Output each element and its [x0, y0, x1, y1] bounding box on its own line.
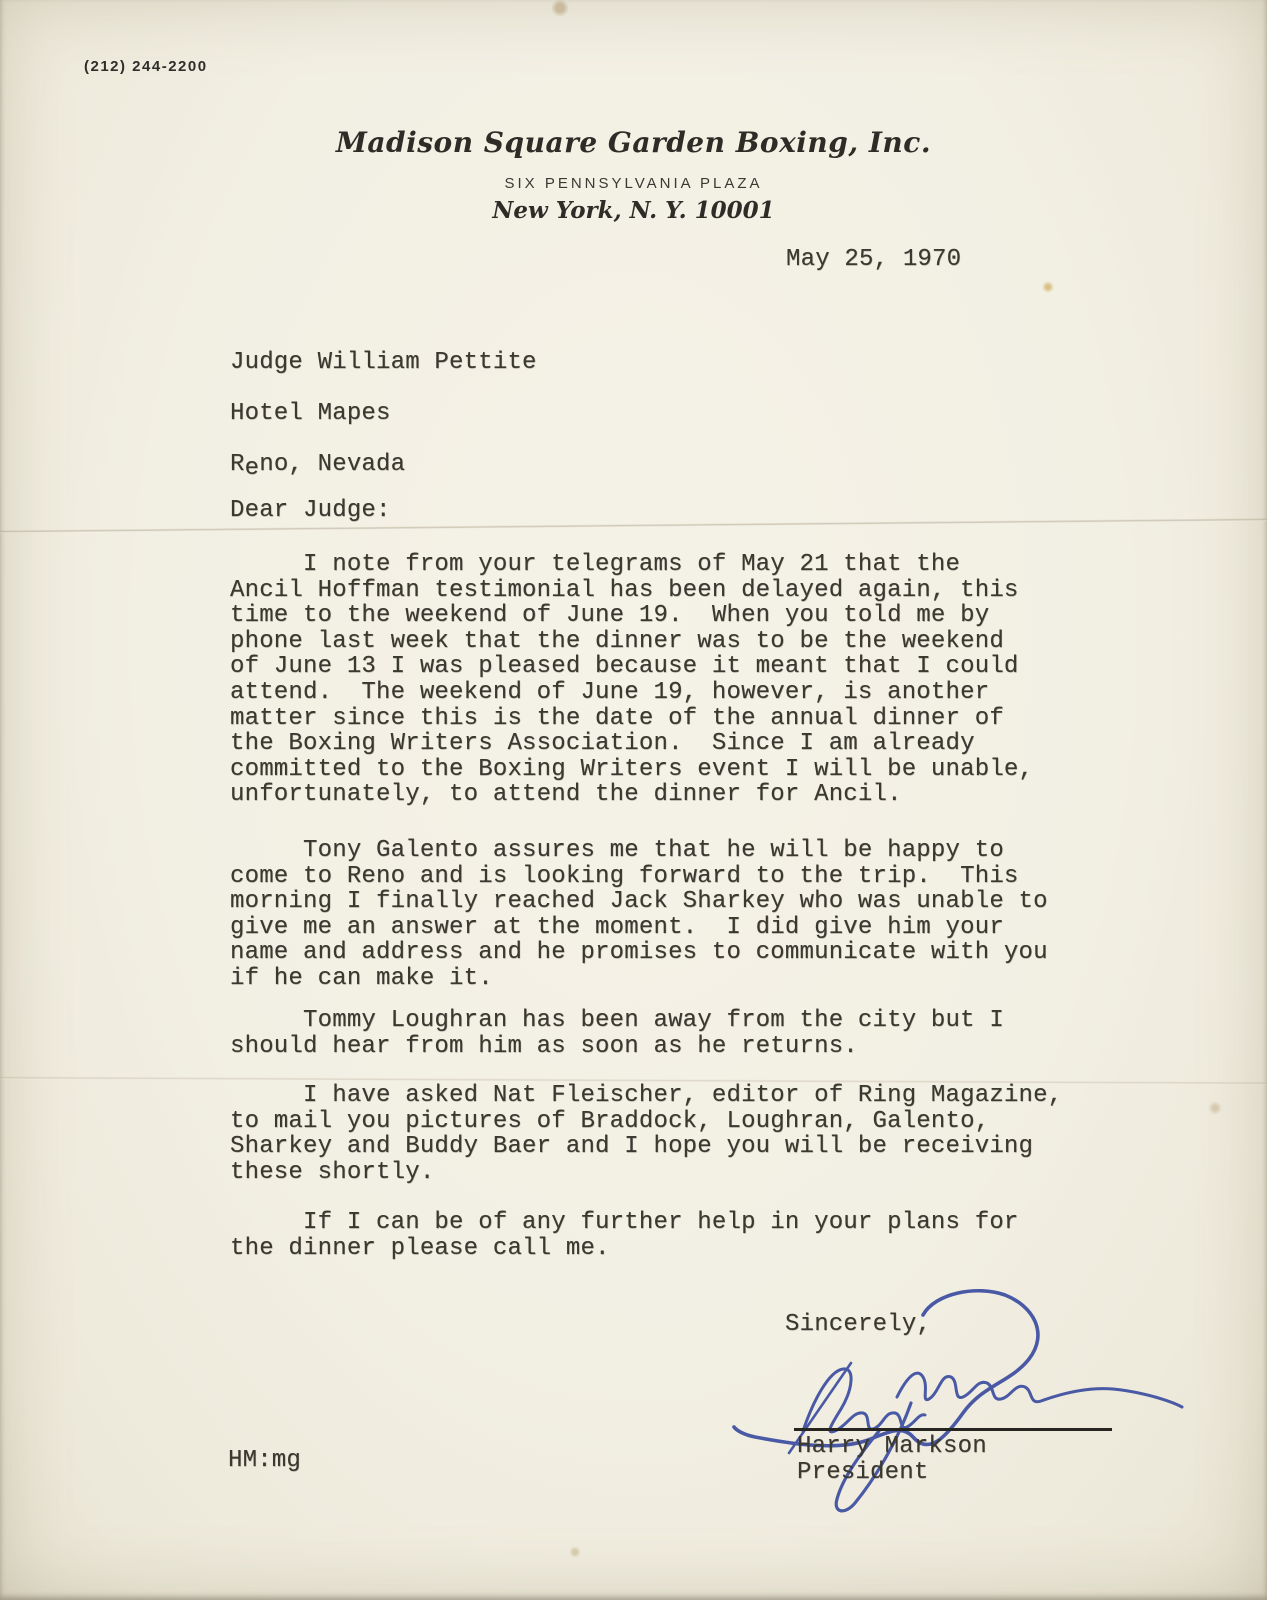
paragraph-3: Tommy Loughran has been away from the ci… — [230, 1008, 1004, 1059]
typist-initials: HM:mg — [228, 1448, 301, 1474]
signer-name: Harry Markson — [797, 1434, 987, 1460]
recipient-hotel: Hotel Mapes — [230, 400, 391, 427]
paper-fold-crease-top — [0, 518, 1267, 534]
paragraph-4: I have asked Nat Fleischer, editor of Ri… — [230, 1083, 1062, 1185]
recipient-block: Judge William Pettite Hotel Mapes Reno, … — [230, 350, 537, 478]
letterhead-city-line: New York, N. Y. 10001 — [0, 197, 1267, 224]
paragraph-5: If I can be of any further help in your … — [230, 1210, 1019, 1261]
signature-underline — [794, 1428, 1112, 1431]
paragraph-2: Tony Galento assures me that he will be … — [230, 838, 1048, 992]
date-line: May 25, 1970 — [786, 247, 961, 273]
letter-page: (212) 244-2200 Madison Square Garden Box… — [0, 0, 1267, 1600]
recipient-city: Reno, Nevada — [230, 451, 405, 482]
signer-title: President — [797, 1460, 928, 1486]
letterhead-street-address: SIX PENNSYLVANIA PLAZA — [0, 175, 1267, 192]
signature-ink — [715, 1285, 1200, 1540]
subscript-e: e — [245, 455, 260, 482]
paragraph-1: I note from your telegrams of May 21 tha… — [230, 552, 1033, 808]
salutation: Dear Judge: — [230, 498, 391, 524]
phone-number: (212) 244-2200 — [84, 58, 208, 75]
recipient-name: Judge William Pettite — [230, 349, 537, 376]
letterhead-company: Madison Square Garden Boxing, Inc. — [0, 126, 1267, 159]
